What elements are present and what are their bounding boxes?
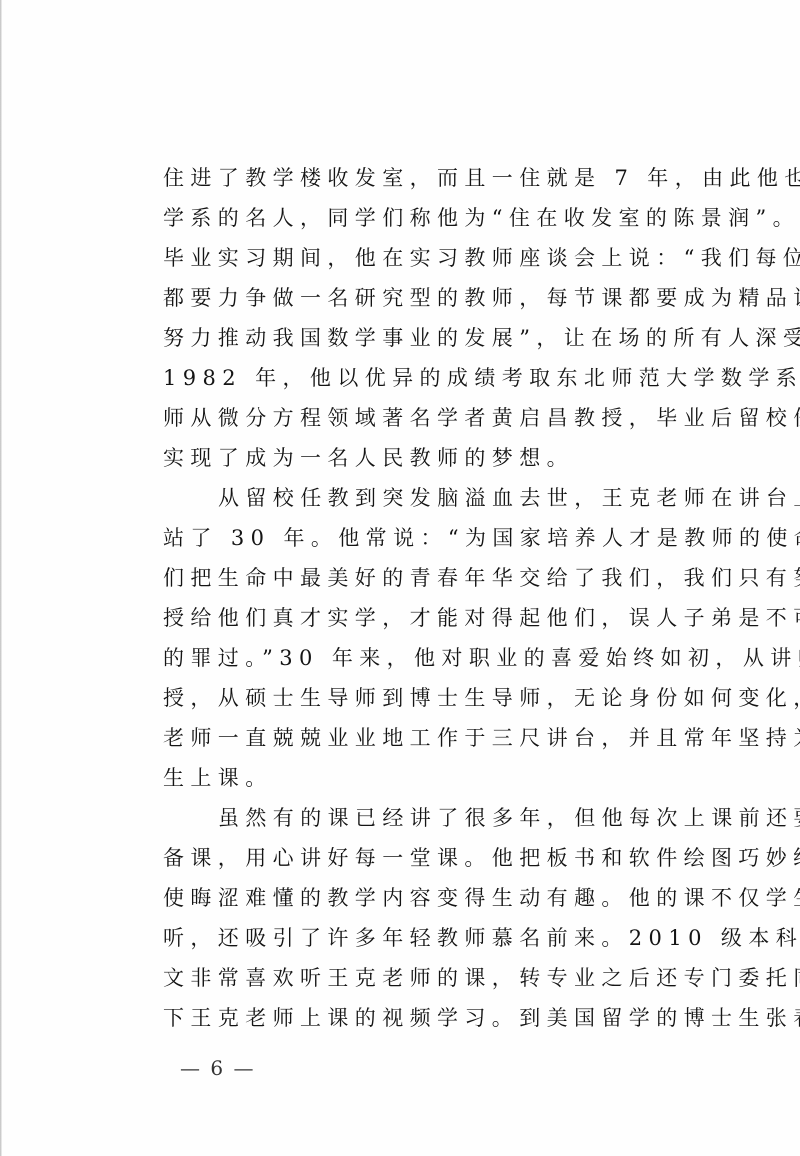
text-line: 文非常喜欢听王克老师的课，转专业之后还专门委托同学拍 bbox=[163, 958, 773, 998]
document-page: 住进了教学楼收发室，而且一住就是 7 年，由此他也成了数 学系的名人，同学们称他… bbox=[0, 0, 800, 1156]
text-line: 师从微分方程领域著名学者黄启昌教授，毕业后留校任教， bbox=[163, 398, 773, 438]
text-line: 授给他们真才实学，才能对得起他们，误人子弟是不可饶恕 bbox=[163, 598, 773, 638]
paragraph-3: 虽然有的课已经讲了很多年，但他每次上课前还要认真 备课，用心讲好每一堂课。他把板… bbox=[163, 798, 773, 1038]
text-line: 毕业实习期间，他在实习教师座谈会上说：“我们每位教师 bbox=[163, 238, 773, 278]
text-line: 听，还吸引了许多年轻教师慕名前来。2010 级本科生王汉 bbox=[163, 918, 773, 958]
text-line: 住进了教学楼收发室，而且一住就是 7 年，由此他也成了数 bbox=[163, 158, 773, 198]
text-line: 老师一直兢兢业业地工作于三尺讲台，并且常年坚持为本科 bbox=[163, 718, 773, 758]
text-line: 生上课。 bbox=[163, 758, 773, 798]
paragraph-1: 住进了教学楼收发室，而且一住就是 7 年，由此他也成了数 学系的名人，同学们称他… bbox=[163, 158, 773, 478]
paragraph-2: 从留校任教到突发脑溢血去世，王克老师在讲台上整整 站了 30 年。他常说：“为国… bbox=[163, 478, 773, 798]
text-line: 的罪过。”30 年来，他对职业的喜爱始终如初，从讲师到教 bbox=[163, 638, 773, 678]
text-line: 们把生命中最美好的青春年华交给了我们，我们只有努力教 bbox=[163, 558, 773, 598]
text-line: 使晦涩难懂的教学内容变得生动有趣。他的课不仅学生喜欢 bbox=[163, 878, 773, 918]
text-line: 学系的名人，同学们称他为“住在收发室的陈景润”。本科 bbox=[163, 198, 773, 238]
text-line: 都要力争做一名研究型的教师，每节课都要成为精品课程， bbox=[163, 278, 773, 318]
text-line: 实现了成为一名人民教师的梦想。 bbox=[163, 438, 773, 478]
text-line-indented: 虽然有的课已经讲了很多年，但他每次上课前还要认真 bbox=[163, 798, 773, 838]
page-number: — 6 — bbox=[180, 1056, 255, 1080]
text-line-indented: 从留校任教到突发脑溢血去世，王克老师在讲台上整整 bbox=[163, 478, 773, 518]
scan-edge bbox=[0, 0, 2, 1156]
text-line: 授，从硕士生导师到博士生导师，无论身份如何变化，王克 bbox=[163, 678, 773, 718]
body-text: 住进了教学楼收发室，而且一住就是 7 年，由此他也成了数 学系的名人，同学们称他… bbox=[163, 158, 773, 1038]
text-line: 下王克老师上课的视频学习。到美国留学的博士生张春梅为 bbox=[163, 998, 773, 1038]
text-line: 站了 30 年。他常说：“为国家培养人才是教师的使命，学生 bbox=[163, 518, 773, 558]
text-line: 1982 年，他以优异的成绩考取东北师范大学数学系研究生， bbox=[163, 358, 773, 398]
text-line: 努力推动我国数学事业的发展”，让在场的所有人深受感染。 bbox=[163, 318, 773, 358]
text-line: 备课，用心讲好每一堂课。他把板书和软件绘图巧妙结合， bbox=[163, 838, 773, 878]
